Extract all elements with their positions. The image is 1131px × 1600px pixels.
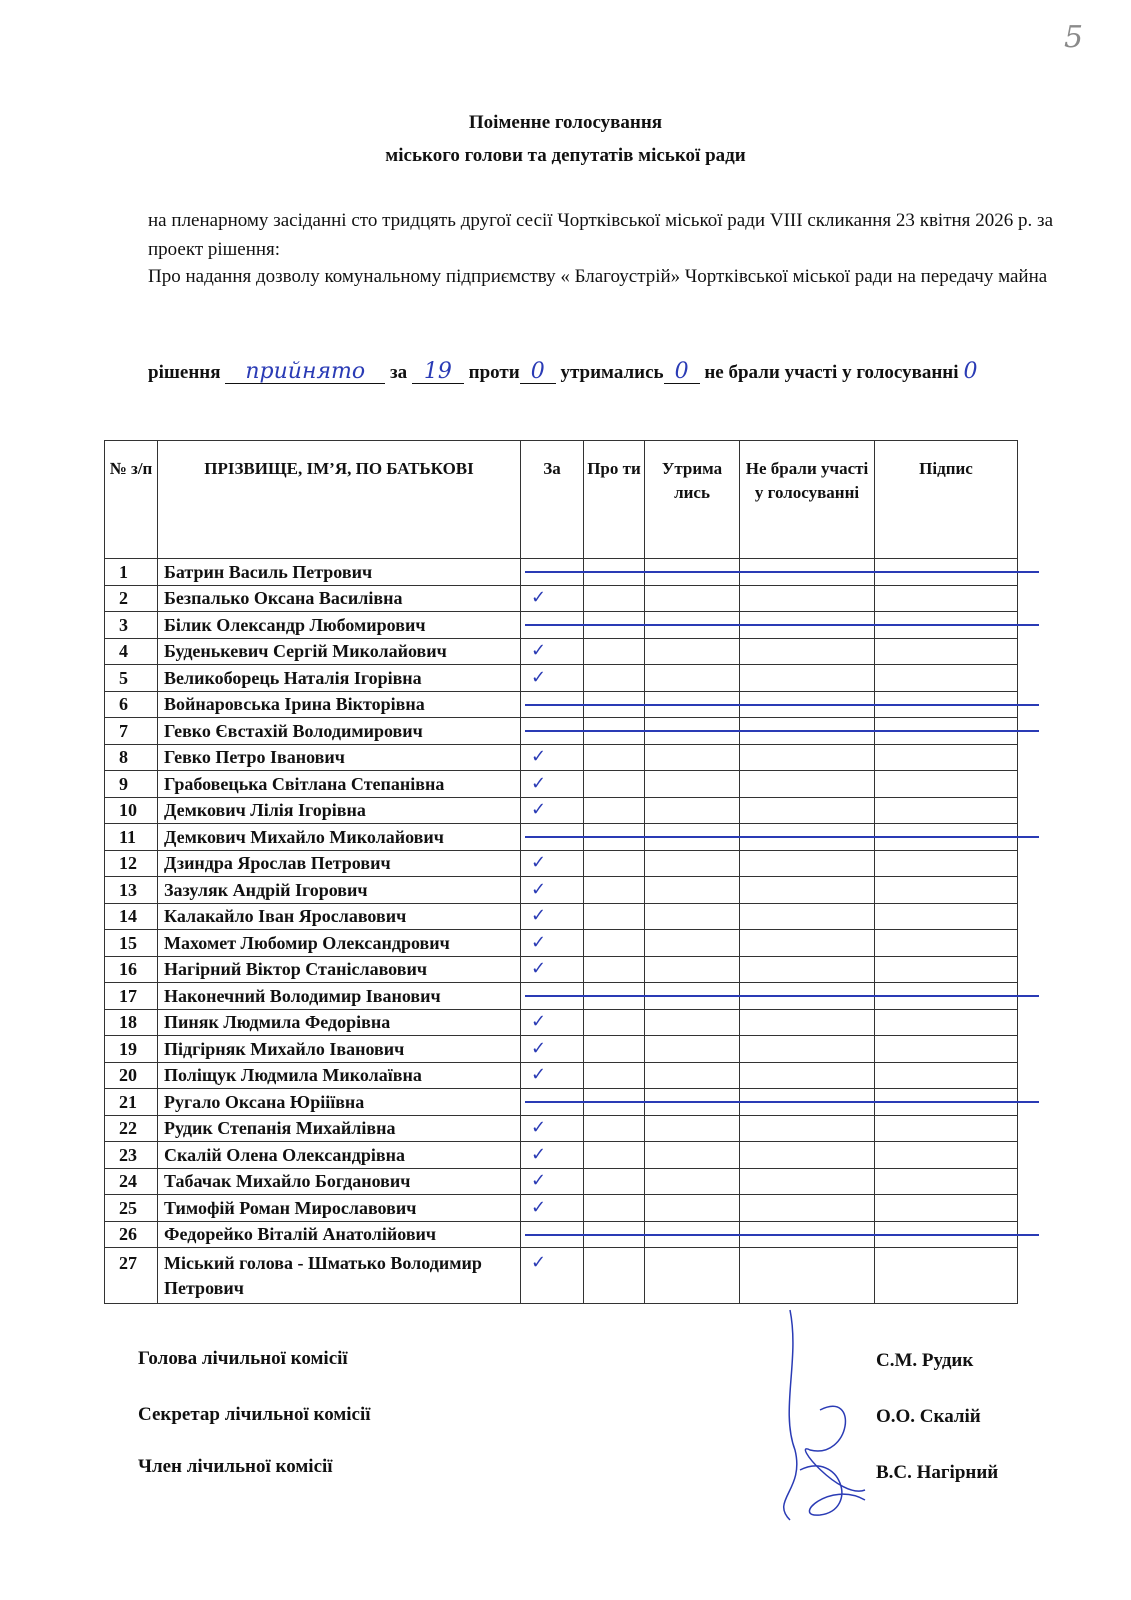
- vote-not-voted-cell: [740, 903, 875, 930]
- member-name: Дзиндра Ярослав Петрович: [158, 850, 521, 877]
- table-row: 5Великоборець Наталія Ігорівна✓: [105, 665, 1018, 692]
- table-row: 23Скалій Олена Олександрівна✓: [105, 1142, 1018, 1169]
- vote-abstained-cell: [645, 1009, 740, 1036]
- vote-against-cell: [584, 1036, 645, 1063]
- header-not-voted: Не брали участі у голосуванні: [740, 441, 875, 559]
- vote-against-cell: [584, 930, 645, 957]
- signature-cell: [875, 665, 1018, 692]
- vote-for-cell: ✓: [521, 771, 584, 798]
- vote-not-voted-cell: [740, 930, 875, 957]
- member-name: Гевко Євстахій Володимирович: [158, 718, 521, 745]
- row-number: 9: [105, 771, 158, 798]
- signature-cell: [875, 1062, 1018, 1089]
- table-row: 1Батрин Василь Петрович: [105, 559, 1018, 586]
- row-number: 17: [105, 983, 158, 1010]
- table-row: 8Гевко Петро Іванович✓: [105, 744, 1018, 771]
- table-row: 3Білик Олександр Любомирович: [105, 612, 1018, 639]
- vote-abstained-cell: [645, 771, 740, 798]
- vote-against-cell: [584, 877, 645, 904]
- vote-against-cell: [584, 1009, 645, 1036]
- vote-abstained-cell: [645, 1142, 740, 1169]
- row-number: 5: [105, 665, 158, 692]
- signature-cell: [875, 877, 1018, 904]
- vote-abstained-cell: [645, 903, 740, 930]
- session-text: на пленарному засіданні сто тридцять дру…: [148, 206, 1053, 264]
- signature-cell: [875, 850, 1018, 877]
- row-number: 12: [105, 850, 158, 877]
- row-number: 4: [105, 638, 158, 665]
- vote-for-cell: ✓: [521, 638, 584, 665]
- row-number: 3: [105, 612, 158, 639]
- vote-against-cell: [584, 744, 645, 771]
- row-number: 26: [105, 1221, 158, 1248]
- signature-cell: [875, 797, 1018, 824]
- vote-not-voted-cell: [740, 877, 875, 904]
- vote-against-cell: [584, 850, 645, 877]
- vote-for-cell: ✓: [521, 1142, 584, 1169]
- table-row: 9Грабовецька Світлана Степанівна✓: [105, 771, 1018, 798]
- row-number: 20: [105, 1062, 158, 1089]
- document-title: Поіменне голосування: [0, 112, 1131, 134]
- vote-not-voted-cell: [740, 1168, 875, 1195]
- for-label: за: [390, 362, 407, 383]
- vote-for-cell: [521, 983, 584, 1010]
- table-row: 13Зазуляк Андрій Ігорович✓: [105, 877, 1018, 904]
- header-abstained: Утрима лись: [645, 441, 740, 559]
- commission-signatures: [770, 1300, 870, 1530]
- vote-not-voted-cell: [740, 1009, 875, 1036]
- vote-not-voted-cell: [740, 1195, 875, 1222]
- vote-for-cell: ✓: [521, 930, 584, 957]
- member-name: Безпалько Оксана Василівна: [158, 585, 521, 612]
- vote-against-cell: [584, 903, 645, 930]
- vote-for-cell: ✓: [521, 1195, 584, 1222]
- vote-for-cell: [521, 718, 584, 745]
- table-row: 11Демкович Михайло Миколайович: [105, 824, 1018, 851]
- member-name: Войнаровська Ірина Вікторівна: [158, 691, 521, 718]
- vote-not-voted-cell: [740, 1036, 875, 1063]
- member-name: Гевко Петро Іванович: [158, 744, 521, 771]
- table-header-row: № з/п ПРІЗВИЩЕ, ІМ’Я, ПО БАТЬКОВІ За Про…: [105, 441, 1018, 559]
- vote-against-cell: [584, 585, 645, 612]
- vote-against-cell: [584, 1115, 645, 1142]
- vote-for-cell: ✓: [521, 665, 584, 692]
- vote-abstained-cell: [645, 850, 740, 877]
- table-row: 17Наконечний Володимир Іванович: [105, 983, 1018, 1010]
- commission-member-name: О.О. Скалій: [876, 1406, 981, 1428]
- vote-abstained-cell: [645, 665, 740, 692]
- vote-for-cell: [521, 559, 584, 586]
- row-number: 7: [105, 718, 158, 745]
- member-name: Рудик Степанія Михайлівна: [158, 1115, 521, 1142]
- member-name: Демкович Лілія Ігорівна: [158, 797, 521, 824]
- table-row: 21Ругало Оксана Юріiївна: [105, 1089, 1018, 1116]
- signature-cell: [875, 930, 1018, 957]
- vote-for-cell: ✓: [521, 1168, 584, 1195]
- vote-against-cell: [584, 771, 645, 798]
- vote-for-cell: [521, 1221, 584, 1248]
- abstained-label: утримались: [560, 362, 663, 383]
- row-number: 8: [105, 744, 158, 771]
- vote-abstained-cell: [645, 930, 740, 957]
- member-name: Скалій Олена Олександрівна: [158, 1142, 521, 1169]
- vote-against-cell: [584, 1195, 645, 1222]
- table-row: 19Підгірняк Михайло Іванович✓: [105, 1036, 1018, 1063]
- table-row: 26Федорейко Віталій Анатолійович: [105, 1221, 1018, 1248]
- commission-member-name: С.М. Рудик: [876, 1350, 973, 1372]
- vote-abstained-cell: [645, 877, 740, 904]
- table-row: 15Махомет Любомир Олександрович✓: [105, 930, 1018, 957]
- member-name: Ругало Оксана Юріiївна: [158, 1089, 521, 1116]
- member-name: Підгірняк Михайло Іванович: [158, 1036, 521, 1063]
- vote-for-cell: ✓: [521, 1036, 584, 1063]
- vote-not-voted-cell: [740, 956, 875, 983]
- vote-for-cell: ✓: [521, 797, 584, 824]
- member-name: Буденькевич Сергій Миколайович: [158, 638, 521, 665]
- vote-against-cell: [584, 638, 645, 665]
- vote-for-cell: ✓: [521, 903, 584, 930]
- draft-decision-title: Про надання дозволу комунальному підприє…: [148, 262, 1053, 291]
- vote-against-cell: [584, 1062, 645, 1089]
- member-name: Поліщук Людмила Миколаївна: [158, 1062, 521, 1089]
- row-number: 27: [105, 1248, 158, 1304]
- vote-not-voted-cell: [740, 1115, 875, 1142]
- signature-cell: [875, 638, 1018, 665]
- for-count: 19: [412, 361, 464, 384]
- table-row: 7Гевко Євстахій Володимирович: [105, 718, 1018, 745]
- against-count: 0: [520, 361, 556, 384]
- vote-against-cell: [584, 665, 645, 692]
- row-number: 24: [105, 1168, 158, 1195]
- decision-value: прийнято: [225, 361, 385, 384]
- header-number: № з/п: [105, 441, 158, 559]
- vote-abstained-cell: [645, 1168, 740, 1195]
- vote-not-voted-cell: [740, 850, 875, 877]
- signature-cell: [875, 744, 1018, 771]
- vote-abstained-cell: [645, 744, 740, 771]
- vote-for-cell: ✓: [521, 1062, 584, 1089]
- table-row: 2Безпалько Оксана Василівна✓: [105, 585, 1018, 612]
- row-number: 11: [105, 824, 158, 851]
- signature-cell: [875, 1009, 1018, 1036]
- vote-abstained-cell: [645, 797, 740, 824]
- document-subtitle: міського голови та депутатів міської рад…: [0, 145, 1131, 167]
- row-number: 21: [105, 1089, 158, 1116]
- member-name: Зазуляк Андрій Ігорович: [158, 877, 521, 904]
- row-number: 2: [105, 585, 158, 612]
- vote-for-cell: ✓: [521, 1248, 584, 1304]
- vote-abstained-cell: [645, 956, 740, 983]
- signature-cell: [875, 1168, 1018, 1195]
- vote-for-cell: ✓: [521, 877, 584, 904]
- vote-against-cell: [584, 797, 645, 824]
- vote-against-cell: [584, 1248, 645, 1304]
- vote-result-summary: рішення прийнято за 19 проти0 утримались…: [148, 360, 1053, 386]
- row-number: 16: [105, 956, 158, 983]
- vote-not-voted-cell: [740, 797, 875, 824]
- vote-not-voted-cell: [740, 1062, 875, 1089]
- row-number: 10: [105, 797, 158, 824]
- page-number: 5: [1064, 20, 1083, 55]
- member-name: Міський голова - Шматько Володимир Петро…: [158, 1248, 521, 1304]
- member-name: Грабовецька Світлана Степанівна: [158, 771, 521, 798]
- member-name: Демкович Михайло Миколайович: [158, 824, 521, 851]
- table-row: 25Тимофій Роман Мирославович✓: [105, 1195, 1018, 1222]
- vote-abstained-cell: [645, 1195, 740, 1222]
- row-number: 19: [105, 1036, 158, 1063]
- table-row: 24Табачак Михайло Богданович✓: [105, 1168, 1018, 1195]
- vote-not-voted-cell: [740, 1248, 875, 1304]
- table-row: 20Поліщук Людмила Миколаївна✓: [105, 1062, 1018, 1089]
- vote-abstained-cell: [645, 1115, 740, 1142]
- member-name: Нагірний Віктор Станіславович: [158, 956, 521, 983]
- vote-abstained-cell: [645, 1036, 740, 1063]
- decision-label: рішення: [148, 362, 221, 383]
- vote-abstained-cell: [645, 585, 740, 612]
- vote-for-cell: ✓: [521, 1115, 584, 1142]
- roll-call-table: № з/п ПРІЗВИЩЕ, ІМ’Я, ПО БАТЬКОВІ За Про…: [104, 440, 1018, 1304]
- row-number: 25: [105, 1195, 158, 1222]
- row-number: 1: [105, 559, 158, 586]
- vote-for-cell: [521, 824, 584, 851]
- signature-cell: [875, 956, 1018, 983]
- member-name: Тимофій Роман Мирославович: [158, 1195, 521, 1222]
- member-name: Наконечний Володимир Іванович: [158, 983, 521, 1010]
- commission-member-name: В.С. Нагірний: [876, 1462, 998, 1484]
- vote-not-voted-cell: [740, 585, 875, 612]
- vote-not-voted-cell: [740, 1142, 875, 1169]
- member-name: Пиняк Людмила Федорівна: [158, 1009, 521, 1036]
- signature-cell: [875, 771, 1018, 798]
- vote-against-cell: [584, 1142, 645, 1169]
- not-voted-label: не брали участі у голосуванні: [704, 362, 958, 383]
- vote-not-voted-cell: [740, 638, 875, 665]
- vote-for-cell: [521, 691, 584, 718]
- vote-abstained-cell: [645, 638, 740, 665]
- header-name: ПРІЗВИЩЕ, ІМ’Я, ПО БАТЬКОВІ: [158, 441, 521, 559]
- vote-for-cell: ✓: [521, 1009, 584, 1036]
- row-number: 22: [105, 1115, 158, 1142]
- table-row: 27Міський голова - Шматько Володимир Пет…: [105, 1248, 1018, 1304]
- member-name: Федорейко Віталій Анатолійович: [158, 1221, 521, 1248]
- member-name: Батрин Василь Петрович: [158, 559, 521, 586]
- not-voted-count: 0: [959, 361, 983, 383]
- vote-against-cell: [584, 1168, 645, 1195]
- signature-cell: [875, 1036, 1018, 1063]
- member-name: Великоборець Наталія Ігорівна: [158, 665, 521, 692]
- row-number: 6: [105, 691, 158, 718]
- member-name: Табачак Михайло Богданович: [158, 1168, 521, 1195]
- table-row: 14Калакайло Іван Ярославович✓: [105, 903, 1018, 930]
- row-number: 15: [105, 930, 158, 957]
- commission-role: Секретар лічильної комісії: [138, 1404, 371, 1426]
- member-name: Калакайло Іван Ярославович: [158, 903, 521, 930]
- against-label: проти: [469, 362, 520, 383]
- vote-against-cell: [584, 956, 645, 983]
- commission-role: Голова лічильної комісії: [138, 1348, 348, 1370]
- vote-for-cell: [521, 1089, 584, 1116]
- vote-for-cell: [521, 612, 584, 639]
- abstained-count: 0: [664, 361, 700, 384]
- member-name: Махомет Любомир Олександрович: [158, 930, 521, 957]
- header-for: За: [521, 441, 584, 559]
- vote-abstained-cell: [645, 1248, 740, 1304]
- row-number: 23: [105, 1142, 158, 1169]
- signature-cell: [875, 1195, 1018, 1222]
- vote-abstained-cell: [645, 1062, 740, 1089]
- table-row: 12Дзиндра Ярослав Петрович✓: [105, 850, 1018, 877]
- table-row: 6Войнаровська Ірина Вікторівна: [105, 691, 1018, 718]
- signature-cell: [875, 1248, 1018, 1304]
- signature-cell: [875, 1142, 1018, 1169]
- vote-for-cell: ✓: [521, 744, 584, 771]
- vote-not-voted-cell: [740, 744, 875, 771]
- member-name: Білик Олександр Любомирович: [158, 612, 521, 639]
- vote-for-cell: ✓: [521, 585, 584, 612]
- row-number: 14: [105, 903, 158, 930]
- header-signature: Підпис: [875, 441, 1018, 559]
- header-against: Про ти: [584, 441, 645, 559]
- table-row: 22Рудик Степанія Михайлівна✓: [105, 1115, 1018, 1142]
- vote-for-cell: ✓: [521, 956, 584, 983]
- signature-cell: [875, 585, 1018, 612]
- vote-not-voted-cell: [740, 771, 875, 798]
- commission-role: Член лічильної комісії: [138, 1456, 333, 1478]
- table-row: 10Демкович Лілія Ігорівна✓: [105, 797, 1018, 824]
- vote-not-voted-cell: [740, 665, 875, 692]
- vote-for-cell: ✓: [521, 850, 584, 877]
- row-number: 18: [105, 1009, 158, 1036]
- row-number: 13: [105, 877, 158, 904]
- signature-cell: [875, 903, 1018, 930]
- table-row: 4Буденькевич Сергій Миколайович✓: [105, 638, 1018, 665]
- signature-cell: [875, 1115, 1018, 1142]
- table-row: 16Нагірний Віктор Станіславович✓: [105, 956, 1018, 983]
- table-row: 18Пиняк Людмила Федорівна✓: [105, 1009, 1018, 1036]
